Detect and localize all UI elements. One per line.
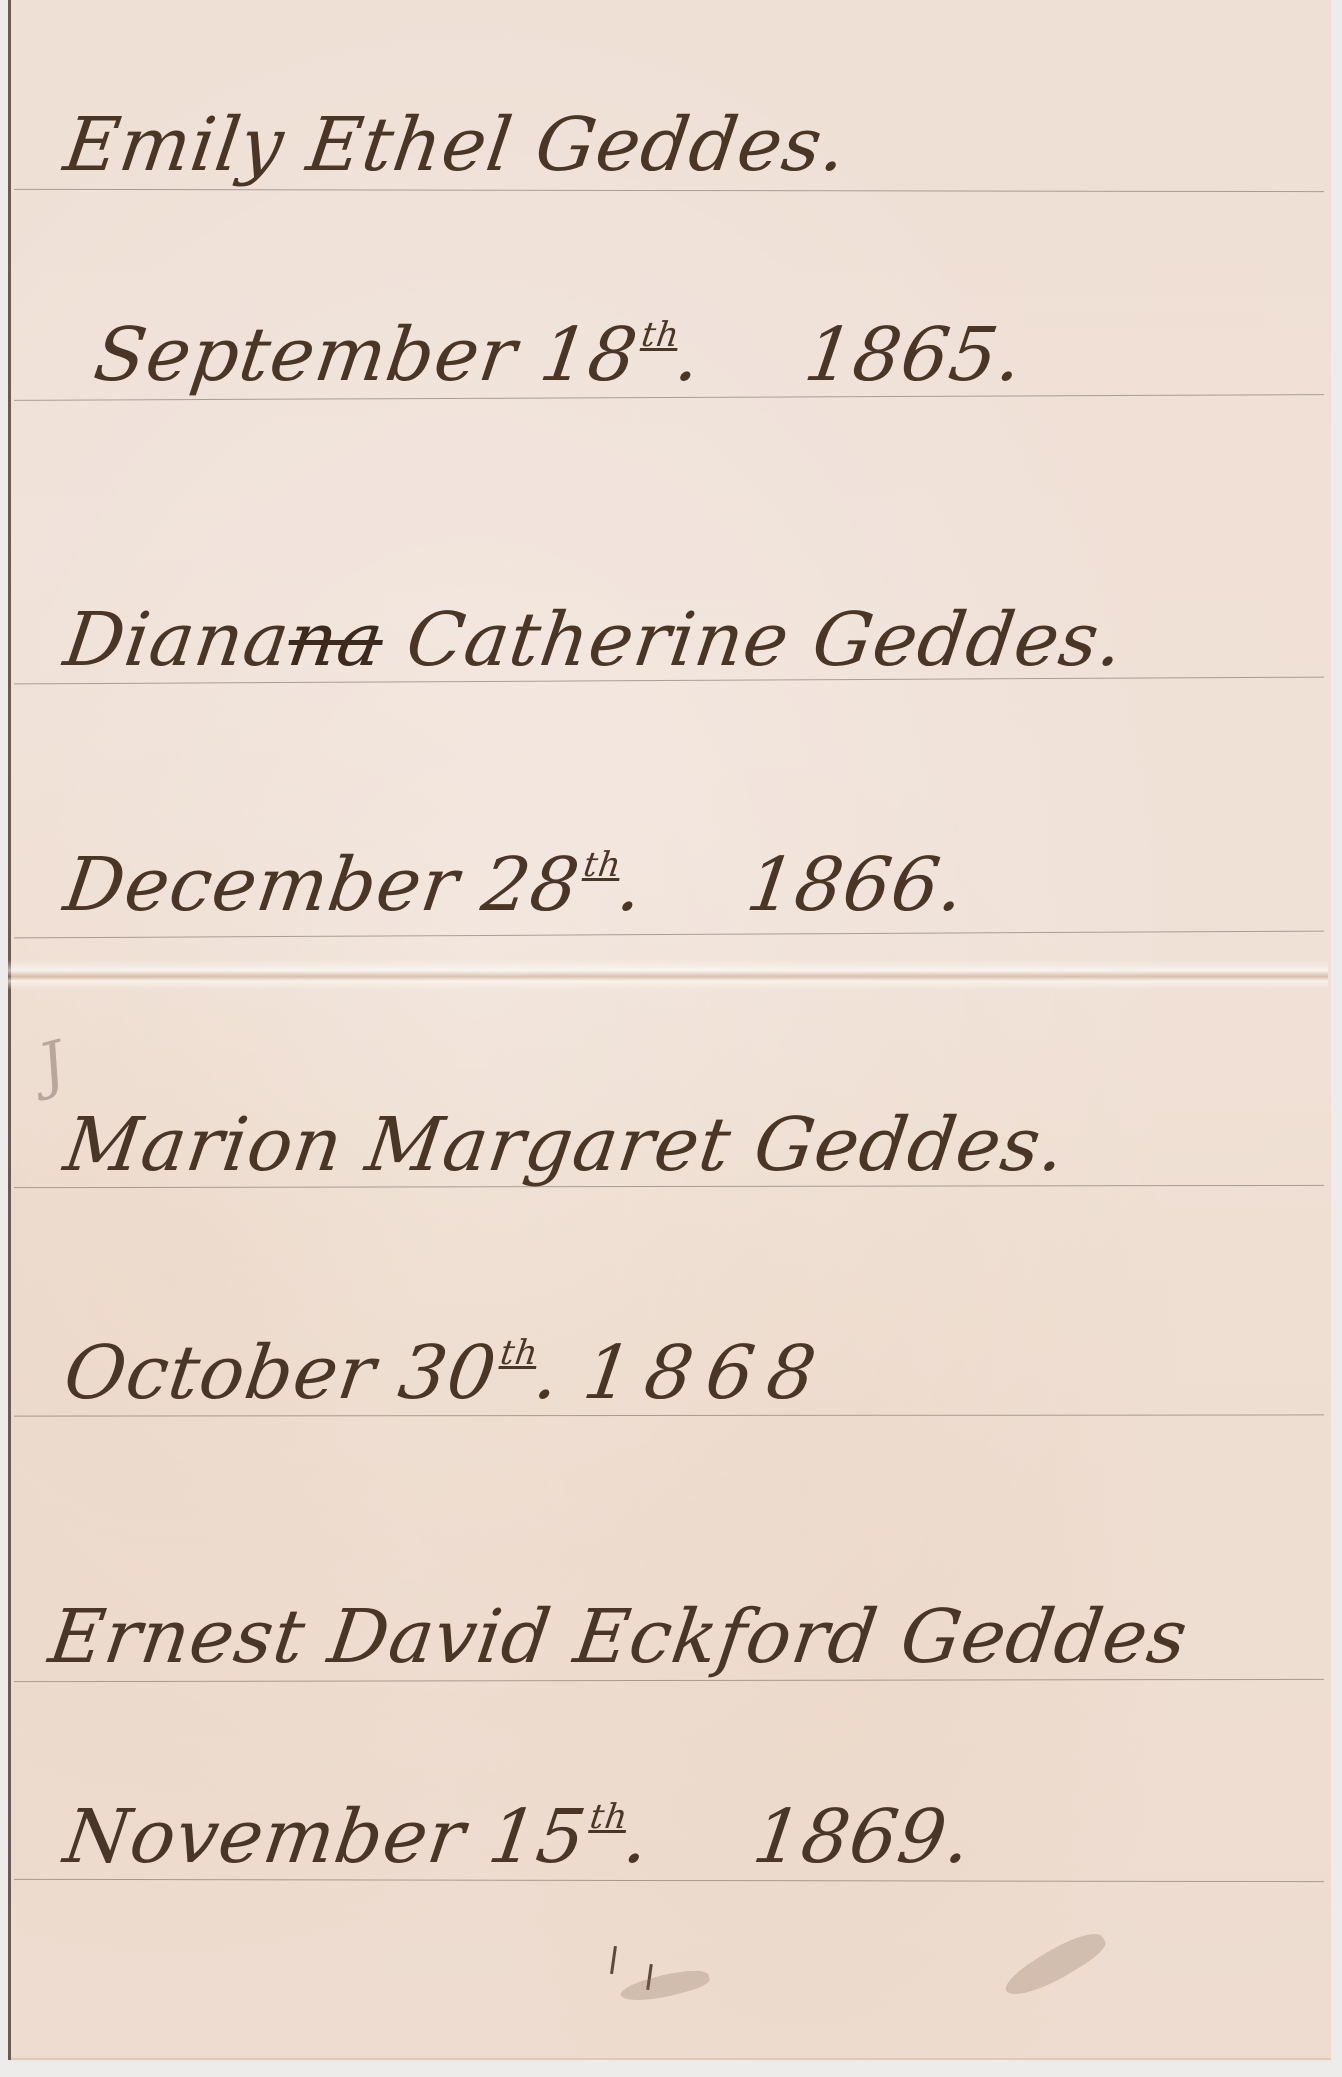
entry-name-text: Marion Margaret Geddes: [59, 1102, 1046, 1188]
entry-month: December: [59, 842, 464, 928]
fold-crease: [8, 960, 1328, 990]
entry-name-rest: Catherine Geddes.: [377, 597, 1129, 683]
entry-4-date: November 15th. 1869.: [60, 1800, 976, 1874]
entry-ordinal: th: [498, 1333, 541, 1373]
entry-1-date: September 18th. 1865.: [90, 318, 1028, 392]
entry-2-name: Dianana Catherine Geddes.: [60, 603, 1128, 677]
entry-day: 18: [535, 312, 643, 398]
entry-month: September: [89, 312, 522, 398]
entry-3-date: October 30th. 1868: [60, 1336, 834, 1410]
struck-correction: na: [283, 597, 389, 683]
entry-day: 15: [483, 1794, 591, 1880]
entry-month: October: [59, 1330, 381, 1416]
entry-4-name: Ernest David Eckford Geddes: [45, 1600, 1192, 1674]
entry-year: 1868: [578, 1330, 834, 1416]
entry-name-text: Ernest David Eckford Geddes: [44, 1594, 1193, 1680]
entry-name-text: Diana: [59, 597, 295, 683]
entry-year: 1866: [742, 842, 946, 928]
entry-ordinal: th: [639, 315, 682, 355]
entry-name-text: Emily Ethel Geddes: [59, 102, 828, 188]
entry-3-name: Marion Margaret Geddes.: [60, 1108, 1070, 1182]
entry-ordinal: th: [588, 1797, 631, 1837]
entry-year: 1869: [748, 1794, 952, 1880]
entry-day: 30: [394, 1330, 502, 1416]
entry-month: November: [59, 1794, 471, 1880]
entry-year: 1865: [800, 312, 1004, 398]
paper-page: [8, 0, 1331, 2060]
entry-ordinal: th: [581, 845, 624, 885]
entry-1-name: Emily Ethel Geddes.: [60, 108, 852, 182]
entry-2-date: December 28th. 1866.: [60, 848, 970, 922]
entry-day: 28: [477, 842, 585, 928]
